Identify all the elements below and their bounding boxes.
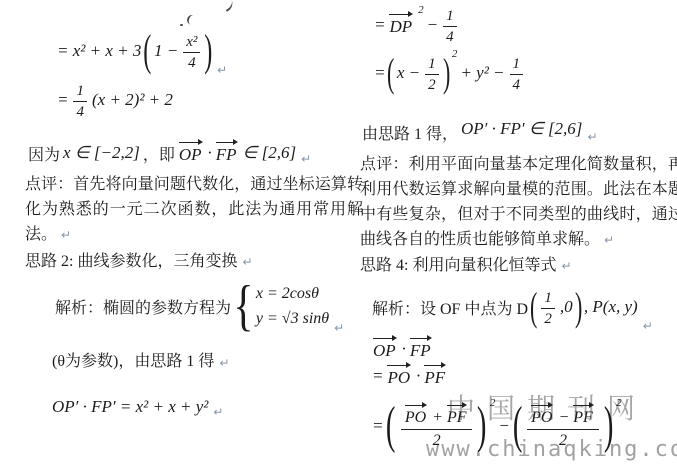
fraction: 1 4 <box>510 53 524 94</box>
formula-op-fp: OP · FP <box>372 337 434 361</box>
left-paren: ( <box>144 30 152 72</box>
formula-po-pf: = PO · PF <box>372 364 448 388</box>
fraction-denominator: 2 <box>430 430 444 450</box>
vector-op: OP <box>178 141 205 165</box>
fraction-denominator: 2 <box>541 309 555 328</box>
left-brace: { <box>233 281 253 331</box>
paragraph-mark-icon: ↵ <box>561 259 571 274</box>
fraction-numerator: 1 <box>541 287 555 309</box>
paragraph-mark-icon: ↵ <box>604 233 614 247</box>
statement-range: 因为 x ∈ [−2,2] ，即 OP · FP ∈ [2,6] ↵ <box>28 139 311 167</box>
paragraph-mark-icon: ↵ <box>61 228 71 242</box>
paragraph-mark-icon: ↵ <box>219 356 229 371</box>
vector-pf: PF <box>423 364 448 388</box>
paragraph-mark-icon: ↵ <box>301 152 311 167</box>
fraction-numerator: 1 <box>425 53 439 75</box>
analysis-label: 解析：设 OF 中点为 D <box>372 296 528 319</box>
fraction-denominator: 4 <box>443 27 457 46</box>
exponent: 2 <box>452 48 458 60</box>
fraction-denominator: 4 <box>510 75 524 94</box>
formula-text: x ∈ [−2,2] <box>63 143 140 163</box>
statement-from-idea1: 由思路 1 得， OP′ · FP′ ∈ [2,6] ↵ <box>362 119 598 145</box>
vector-op: OP <box>372 337 399 361</box>
vector-po: PO <box>530 404 555 427</box>
fraction-denominator: 2 <box>556 430 570 450</box>
fraction-numerator: 1 <box>73 80 87 102</box>
left-paren: ( <box>386 401 396 450</box>
paragraph-mark-icon: ↵ <box>213 405 223 420</box>
dot-operator: · <box>402 339 406 359</box>
paragraph-mark-icon: ↵ <box>587 130 597 145</box>
exponent: 2 <box>490 397 496 409</box>
fraction: PO+PF 2 <box>401 402 473 449</box>
statement-text: 由思路 1 得， <box>362 121 458 144</box>
formula-text: = <box>372 366 383 386</box>
comment-text: 点评：首先将向量问题代数化，通过坐标运算转化为熟悉的一元二次函数，此法为通用常用… <box>25 176 363 243</box>
formula-polarization-identity: = ( PO+PF 2 ) 2 − ( PO−PF 2 ) 2 <box>372 396 622 456</box>
vector-pf: PF <box>572 404 596 427</box>
fraction-denominator: 4 <box>73 102 87 121</box>
vector-pf: PF <box>446 404 470 427</box>
formula-text: , P(x, y) <box>584 297 638 317</box>
idea-4-heading: 思路 4: 利用向量积化恒等式 ↵ <box>360 252 572 274</box>
fraction: 1 2 <box>541 287 555 328</box>
fraction: 1 4 <box>443 5 457 46</box>
theta-note: (θ为参数)，由思路 1 得 ↵ <box>52 347 229 371</box>
fraction-numerator: PO+PF <box>401 402 473 429</box>
vector-dp: DP <box>388 13 415 37</box>
exponent: 2 <box>418 4 424 16</box>
formula-text: = <box>372 416 383 436</box>
document-page: 中国期刊网 www.chinaqking.com = x² + x + 3 ( … <box>0 0 677 467</box>
vector-po: PO <box>386 364 413 388</box>
comment-paragraph-right: 点评：利用平面向量基本定理化简数量积，再利用代数运算求解向量模的范围。此法在本题… <box>360 152 677 253</box>
formula-dp-squared: = DP 2 − 1 4 <box>374 3 459 47</box>
vector-fp: FP <box>409 337 434 361</box>
formula-text: = <box>374 15 385 35</box>
formula-circle-form: = ( x − 1 2 ) 2 + y² − 1 4 <box>374 47 525 99</box>
formula-text: x − <box>397 63 420 83</box>
fraction: 1 4 <box>73 80 87 121</box>
formula-text: 1 − <box>154 41 178 61</box>
fraction-numerator: 1 <box>443 5 457 27</box>
statement-text: 因为 <box>28 142 60 165</box>
formula-text: = <box>374 63 385 83</box>
right-paren: ) <box>443 54 450 92</box>
idea-2-heading: 思路 2: 曲线参数化，三角变换 ↵ <box>25 248 253 270</box>
formula-text: ∈ [2,6] <box>243 143 297 163</box>
formula-expansion: = x² + x + 3 ( 1 − x² 4 ) ↵ <box>57 24 227 78</box>
formula-text: + y² − <box>460 63 504 83</box>
left-paren: ( <box>387 54 394 92</box>
right-paren: ) <box>575 288 582 326</box>
left-paren: ( <box>513 401 523 450</box>
formula-text: OP′ · FP′ ∈ [2,6] <box>461 119 582 139</box>
dot-operator: · <box>208 143 212 163</box>
right-paren: ) <box>604 401 614 450</box>
dot-operator: · <box>416 366 420 386</box>
analysis-label: 解析：椭圆的参数方程为 <box>55 295 231 318</box>
right-paren: ) <box>205 30 213 72</box>
note-text: (θ为参数)，由思路 1 得 <box>52 348 214 371</box>
equation-system: x = 2cosθ y = √3 sinθ <box>256 281 329 331</box>
paragraph-mark-icon: ↵ <box>242 255 252 270</box>
paragraph-mark-icon: ↵ <box>643 319 653 334</box>
fraction-denominator: 2 <box>425 75 439 94</box>
left-paren: ( <box>530 288 537 326</box>
fraction: 1 2 <box>425 53 439 94</box>
exponent: 2 <box>616 397 622 409</box>
system-line-2: y = √3 sinθ <box>256 306 329 331</box>
vector-fp: FP <box>215 141 240 165</box>
formula-text: ,0 <box>560 297 573 317</box>
fraction-denominator: 4 <box>185 53 199 72</box>
fraction-numerator: x² <box>183 31 200 53</box>
fraction: PO−PF 2 <box>527 402 599 449</box>
formula-text: (x + 2)² + 2 <box>92 90 173 110</box>
formula-vertex-form: = 1 4 (x + 2)² + 2 <box>57 80 173 120</box>
fraction-numerator: 1 <box>510 53 524 75</box>
heading-text: 思路 2: 曲线参数化，三角变换 <box>25 248 237 271</box>
cutoff-fragment <box>222 0 235 12</box>
comment-text: 点评：利用平面向量基本定理化简数量积，再利用代数运算求解向量模的范围。此法在本题… <box>360 156 677 248</box>
right-paren: ) <box>477 401 487 450</box>
comment-paragraph-left: 点评：首先将向量问题代数化，通过坐标运算转化为熟悉的一元二次函数，此法为通用常用… <box>25 172 363 248</box>
system-line-1: x = 2cosθ <box>256 281 329 306</box>
analysis-parametric: 解析：椭圆的参数方程为 { x = 2cosθ y = √3 sinθ ↵ <box>55 276 344 336</box>
fraction: x² 4 <box>183 31 200 72</box>
heading-text: 思路 4: 利用向量积化恒等式 <box>360 252 556 275</box>
formula-text: − <box>498 416 509 436</box>
analysis-midpoint: 解析：设 OF 中点为 D ( 1 2 ,0 ) , P(x, y) ↵ <box>372 280 653 334</box>
formula-dot-product: OP′ · FP′ = x² + x + y² ↵ <box>52 394 223 420</box>
statement-text: ，即 <box>143 142 175 165</box>
formula-text: = <box>57 90 68 110</box>
paragraph-mark-icon: ↵ <box>217 63 227 78</box>
plus-operator: + <box>432 408 443 427</box>
formula-text: − <box>427 15 438 35</box>
formula-text: OP′ · FP′ = x² + x + y² <box>52 397 208 417</box>
minus-operator: − <box>558 408 569 427</box>
paragraph-mark-icon: ↵ <box>334 321 344 336</box>
vector-po: PO <box>404 404 429 427</box>
fraction-numerator: PO−PF <box>527 402 599 429</box>
formula-text: = x² + x + 3 <box>57 41 141 61</box>
